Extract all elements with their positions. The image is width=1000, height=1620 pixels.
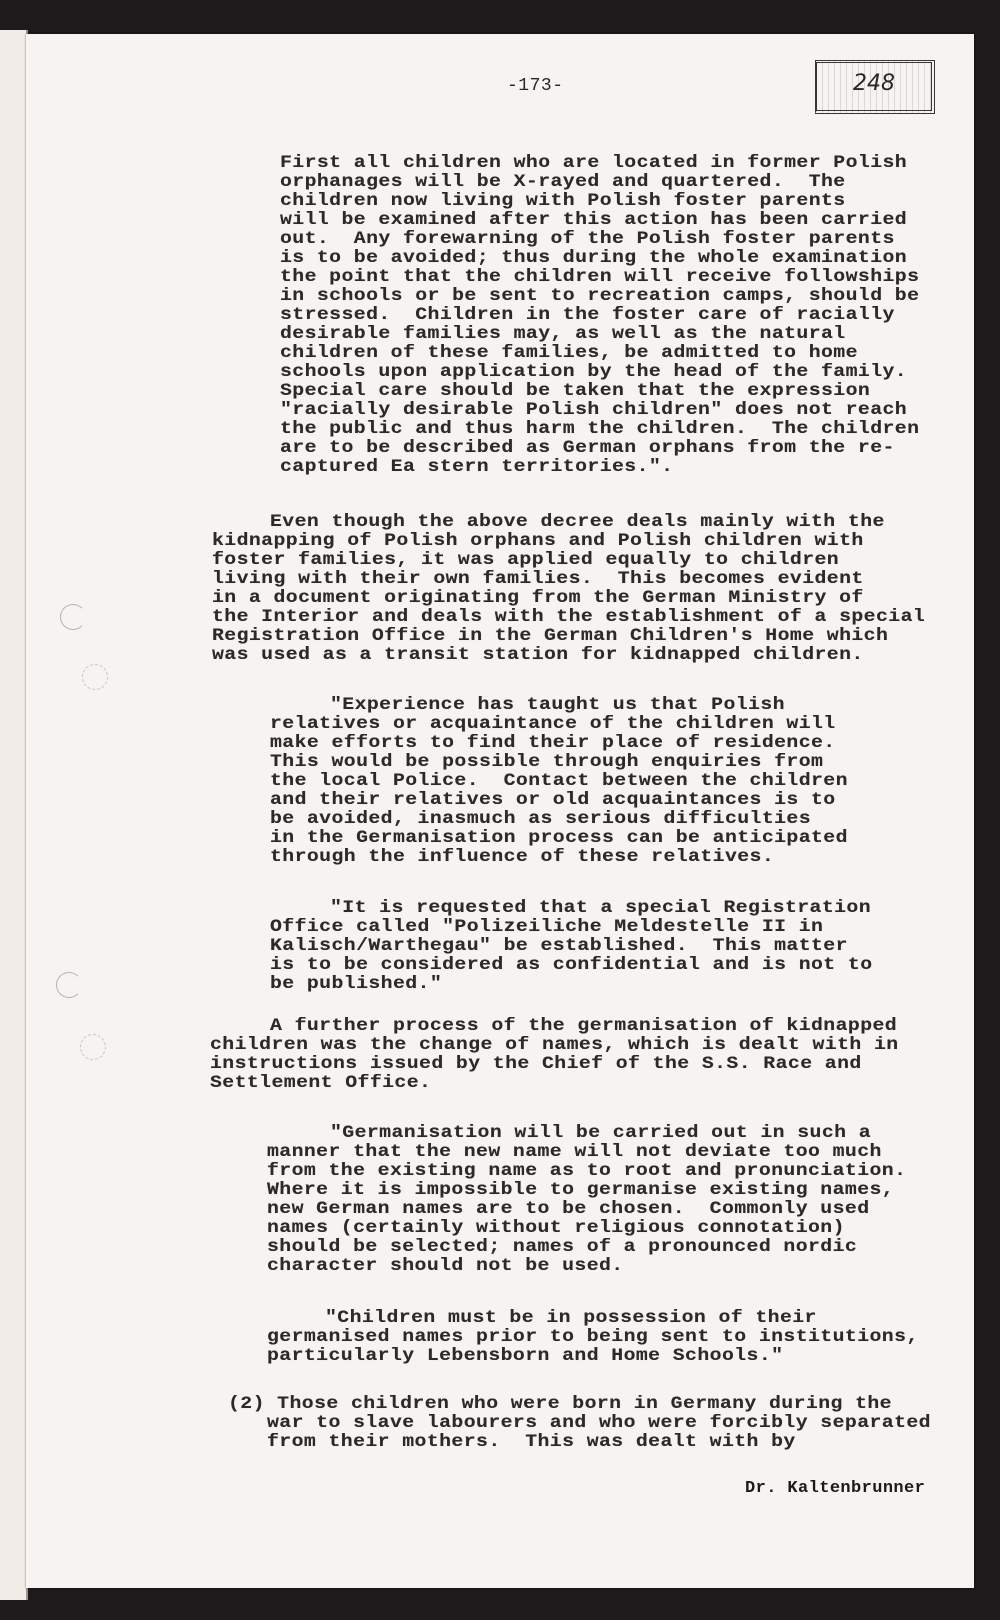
text-line: in a document originating from the Germa… xyxy=(212,590,864,608)
text-line: make efforts to find their place of resi… xyxy=(270,735,836,753)
punch-hole-mark xyxy=(82,664,108,690)
text-line: kidnapping of Polish orphans and Polish … xyxy=(212,533,864,551)
text-line: Registration Office in the German Childr… xyxy=(212,628,888,646)
text-line: particularly Lebensborn and Home Schools… xyxy=(267,1348,783,1366)
text-line: the public and thus harm the children. T… xyxy=(280,421,919,439)
text-line: will be examined after this action has b… xyxy=(280,212,907,230)
text-line: and their relatives or old acquaintances… xyxy=(270,792,836,810)
text-line: "Experience has taught us that Polish xyxy=(330,697,785,715)
text-line: (2) Those children who were born in Germ… xyxy=(228,1396,892,1414)
text-line: relatives or acquaintance of the childre… xyxy=(270,716,836,734)
text-line: Where it is impossible to germanise exis… xyxy=(267,1182,894,1200)
text-line: First all children who are located in fo… xyxy=(280,155,907,173)
text-line: the local Police. Contact between the ch… xyxy=(270,773,848,791)
text-line: orphanages will be X-rayed and quartered… xyxy=(280,174,846,192)
text-line: Even though the above decree deals mainl… xyxy=(270,514,885,532)
text-line: in the Germanisation process can be anti… xyxy=(270,830,848,848)
text-line: captured Ea stern territories.". xyxy=(280,459,673,477)
signature-line: Dr. Kaltenbrunner xyxy=(745,1479,925,1498)
punch-hole-mark xyxy=(60,604,86,630)
text-line: instructions issued by the Chief of the … xyxy=(210,1056,862,1074)
text-line: children now living with Polish foster p… xyxy=(280,193,846,211)
text-line: character should not be used. xyxy=(267,1258,624,1276)
text-line: new German names are to be chosen. Commo… xyxy=(267,1201,869,1219)
text-line: children was the change of names, which … xyxy=(210,1037,899,1055)
text-line: is to be considered as confidential and … xyxy=(270,957,872,975)
text-line: the point that the children will receive… xyxy=(280,269,919,287)
text-line: manner that the new name will not deviat… xyxy=(267,1144,882,1162)
text-line: Office called "Polizeiliche Meldestelle … xyxy=(270,919,823,937)
text-line: foster families, it was applied equally … xyxy=(212,552,839,570)
archive-stamp: 248 xyxy=(815,60,935,114)
punch-hole-mark xyxy=(56,972,82,998)
text-line: should be selected; names of a pronounce… xyxy=(267,1239,857,1257)
text-line: desirable families may, as well as the n… xyxy=(280,326,846,344)
text-line: Special care should be taken that the ex… xyxy=(280,383,870,401)
text-line: war to slave labourers and who were forc… xyxy=(267,1415,931,1433)
text-line: "It is requested that a special Registra… xyxy=(330,900,871,918)
text-line: was used as a transit station for kidnap… xyxy=(212,647,864,665)
text-line: is to be avoided; thus during the whole … xyxy=(280,250,907,268)
text-line: schools upon application by the head of … xyxy=(280,364,907,382)
stamp-number: 248 xyxy=(817,71,931,96)
text-line: the Interior and deals with the establis… xyxy=(212,609,925,627)
text-line: out. Any forewarning of the Polish foste… xyxy=(280,231,895,249)
text-line: This would be possible through enquiries… xyxy=(270,754,823,772)
text-line: germanised names prior to being sent to … xyxy=(267,1329,919,1347)
text-line: "racially desirable Polish children" doe… xyxy=(280,402,907,420)
text-line: be avoided, inasmuch as serious difficul… xyxy=(270,811,811,829)
page-number: -173- xyxy=(507,76,564,96)
text-line: Settlement Office. xyxy=(210,1075,431,1093)
text-line: names (certainly without religious conno… xyxy=(267,1220,845,1238)
text-line: living with their own families. This bec… xyxy=(212,571,864,589)
text-line: be published." xyxy=(270,976,442,994)
text-line: Kalisch/Warthegau" be established. This … xyxy=(270,938,848,956)
previous-page-edge xyxy=(0,30,28,1600)
text-line: in schools or be sent to recreation camp… xyxy=(280,288,919,306)
text-line: are to be described as German orphans fr… xyxy=(280,440,895,458)
text-line: "Children must be in possession of their xyxy=(325,1310,817,1328)
text-line: through the influence of these relatives… xyxy=(270,849,774,867)
punch-hole-mark xyxy=(80,1034,106,1060)
text-line: from the existing name as to root and pr… xyxy=(267,1163,906,1181)
text-line: stressed. Children in the foster care of… xyxy=(280,307,895,325)
text-line: "Germanisation will be carried out in su… xyxy=(330,1125,871,1143)
text-line: A further process of the germanisation o… xyxy=(270,1018,897,1036)
text-line: from their mothers. This was dealt with … xyxy=(267,1434,796,1452)
text-line: children of these families, be admitted … xyxy=(280,345,858,363)
